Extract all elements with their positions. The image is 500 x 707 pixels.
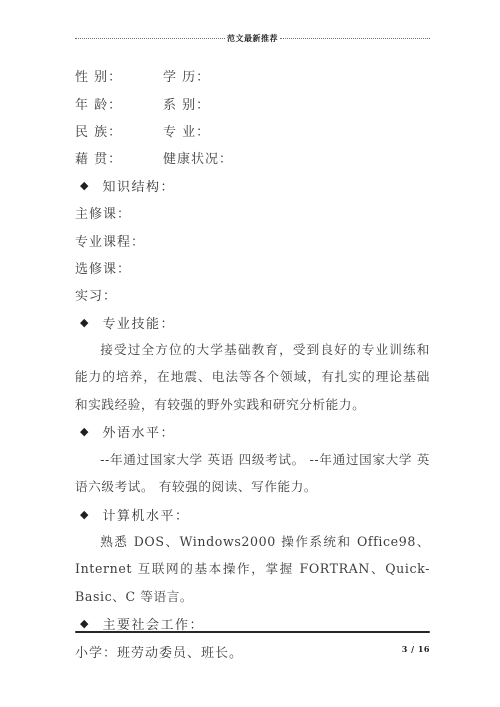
knowledge-item-elective-courses: 选修课： bbox=[75, 254, 430, 281]
diamond-bullet-icon: ◆ bbox=[80, 180, 89, 191]
field-age: 年 龄： bbox=[75, 94, 163, 113]
field-row-age-department: 年 龄： 系 别： bbox=[75, 89, 430, 116]
field-education: 学 历： bbox=[163, 66, 210, 85]
knowledge-item-professional-courses: 专业课程： bbox=[75, 226, 430, 253]
header-watermark: 范文最新推荐 bbox=[225, 33, 280, 44]
computer-paragraph: 熟悉 DOS、Windows2000 操作系统和 Office98、Intern… bbox=[75, 528, 430, 610]
header-dotted-rule-left bbox=[75, 38, 225, 39]
knowledge-item-internship: 实习： bbox=[75, 281, 430, 308]
diamond-bullet-icon: ◆ bbox=[80, 317, 89, 328]
field-gender: 性 别： bbox=[75, 66, 163, 85]
document-body: 性 别： 学 历： 年 龄： 系 别： 民 族： 专 业： 藉 贯： 健康状况：… bbox=[75, 62, 430, 665]
footer-rule bbox=[75, 631, 430, 633]
heading-language-label: 外语水平： bbox=[102, 422, 175, 441]
knowledge-item-major-courses: 主修课： bbox=[75, 199, 430, 226]
heading-skills-label: 专业技能： bbox=[102, 313, 175, 332]
field-row-gender-education: 性 别： 学 历： bbox=[75, 62, 430, 89]
field-row-birthplace-health: 藉 贯： 健康状况： bbox=[75, 144, 430, 171]
header-dotted-rule-right bbox=[280, 38, 430, 39]
diamond-bullet-icon: ◆ bbox=[80, 618, 89, 629]
footer: 3 / 16 bbox=[75, 631, 430, 654]
header-rule: 范文最新推荐 bbox=[75, 33, 430, 43]
section-heading-skills: ◆ 专业技能： bbox=[75, 309, 430, 336]
skills-paragraph: 接受过全方位的大学基础教育，受到良好的专业训练和能力的培养，在地震、电法等各个领… bbox=[75, 336, 430, 418]
field-department: 系 别： bbox=[163, 94, 210, 113]
section-heading-knowledge: ◆ 知识结构： bbox=[75, 172, 430, 199]
diamond-bullet-icon: ◆ bbox=[80, 426, 89, 437]
field-row-ethnicity-major: 民 族： 专 业： bbox=[75, 117, 430, 144]
heading-computer-label: 计算机水平： bbox=[102, 505, 189, 524]
diamond-bullet-icon: ◆ bbox=[80, 509, 89, 520]
field-health: 健康状况： bbox=[163, 148, 233, 167]
field-birthplace: 藉 贯： bbox=[75, 148, 163, 167]
field-ethnicity: 民 族： bbox=[75, 121, 163, 140]
language-paragraph: --年通过国家大学 英语 四级考试。 --年通过国家大学 英语六级考试。 有较强… bbox=[75, 446, 430, 501]
heading-knowledge-label: 知识结构： bbox=[102, 176, 175, 195]
section-heading-computer: ◆ 计算机水平： bbox=[75, 500, 430, 527]
page-number: 3 / 16 bbox=[75, 644, 430, 654]
section-heading-language: ◆ 外语水平： bbox=[75, 418, 430, 445]
document-page: 范文最新推荐 性 别： 学 历： 年 龄： 系 别： 民 族： 专 业： 藉 贯… bbox=[0, 0, 500, 707]
field-major: 专 业： bbox=[163, 121, 210, 140]
